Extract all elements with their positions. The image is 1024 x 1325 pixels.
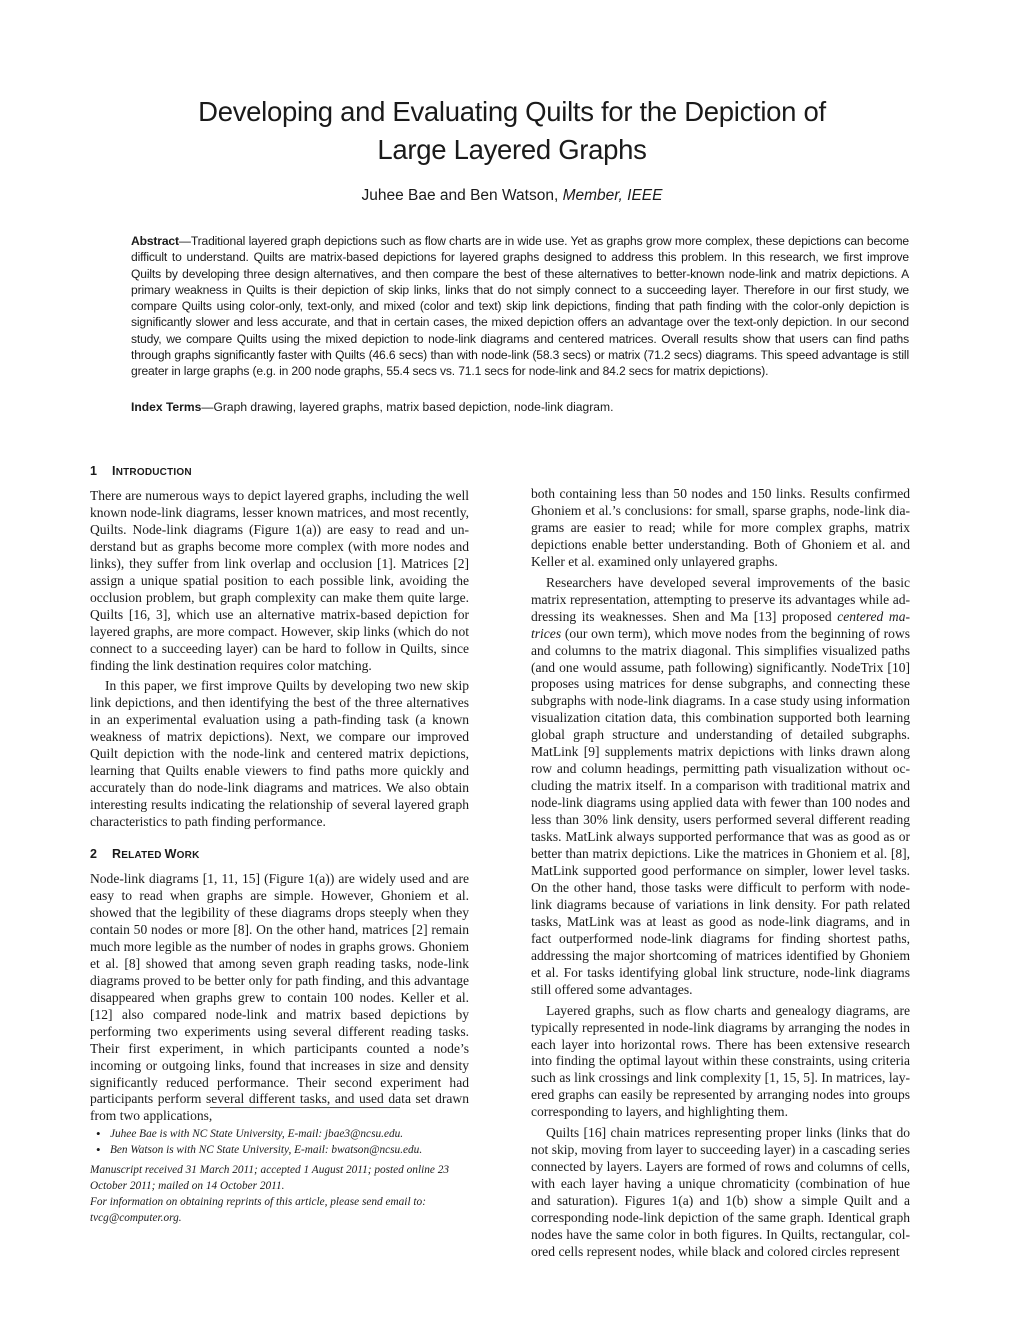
affiliation-item: Ben Watson is with NC State University, …: [90, 1142, 469, 1158]
reprints-note: For information on obtaining reprints of…: [90, 1194, 469, 1226]
footnotes: Juhee Bae is with NC State University, E…: [90, 1126, 469, 1226]
related-paragraph-4: Quilts [16] chain matrices representing …: [531, 1125, 910, 1261]
related-paragraph-1-start: Node-link diagrams [1, 11, 15] (Figure 1…: [90, 871, 469, 1125]
intro-paragraph-1: There are numerous ways to depict layere…: [90, 488, 469, 674]
related-paragraph-3: Layered graphs, such as flow charts and …: [531, 1003, 910, 1122]
abstract-text: Traditional layered graph depictions suc…: [131, 234, 909, 378]
related-paragraph-2-text-cont: (our own term), which move nodes from th…: [531, 626, 910, 997]
section-heading-introduction: 1INTRODUCTION: [90, 462, 469, 482]
related-paragraph-1-end: both containing less than 50 nodes and 1…: [531, 486, 910, 571]
abstract-dash: —: [179, 234, 191, 248]
manuscript-note: Manuscript received 31 March 2011; accep…: [90, 1162, 469, 1194]
right-column: both containing less than 50 nodes and 1…: [531, 486, 910, 1261]
section-title-rest: ELATED: [121, 850, 164, 861]
author-membership: Member, IEEE: [563, 187, 663, 204]
title-line-1: Developing and Evaluating Quilts for the…: [198, 96, 826, 127]
title-line-2: Large Layered Graphs: [377, 134, 646, 165]
author-line: Juhee Bae and Ben Watson, Member, IEEE: [0, 186, 1024, 206]
section-title-rest-2: ORK: [177, 850, 200, 861]
author-names: Juhee Bae and Ben Watson,: [362, 187, 563, 204]
left-column: 1INTRODUCTION There are numerous ways to…: [90, 462, 469, 1125]
abstract: Abstract—Traditional layered graph depic…: [131, 233, 909, 380]
section-title-initial-2: W: [165, 847, 177, 861]
affiliation-list: Juhee Bae is with NC State University, E…: [90, 1126, 469, 1158]
footnote-divider: [210, 1107, 400, 1108]
index-terms: Index Terms—Graph drawing, layered graph…: [131, 399, 909, 415]
intro-paragraph-2: In this paper, we first improve Quilts b…: [90, 678, 469, 831]
paper-title: Developing and Evaluating Quilts for the…: [0, 93, 1024, 169]
affiliation-item: Juhee Bae is with NC State University, E…: [90, 1126, 469, 1142]
section-number: 2: [90, 845, 112, 863]
related-paragraph-2: Researchers have developed several impro…: [531, 575, 910, 999]
abstract-label: Abstract: [131, 234, 179, 248]
index-terms-text: Graph drawing, layered graphs, matrix ba…: [213, 400, 613, 414]
section-heading-related-work: 2RELATED WORK: [90, 845, 469, 865]
index-terms-dash: —: [201, 400, 213, 414]
section-title-rest: NTRODUCTION: [116, 467, 192, 478]
index-terms-label: Index Terms: [131, 400, 201, 414]
section-title-initial: R: [112, 847, 121, 861]
section-number: 1: [90, 462, 112, 480]
